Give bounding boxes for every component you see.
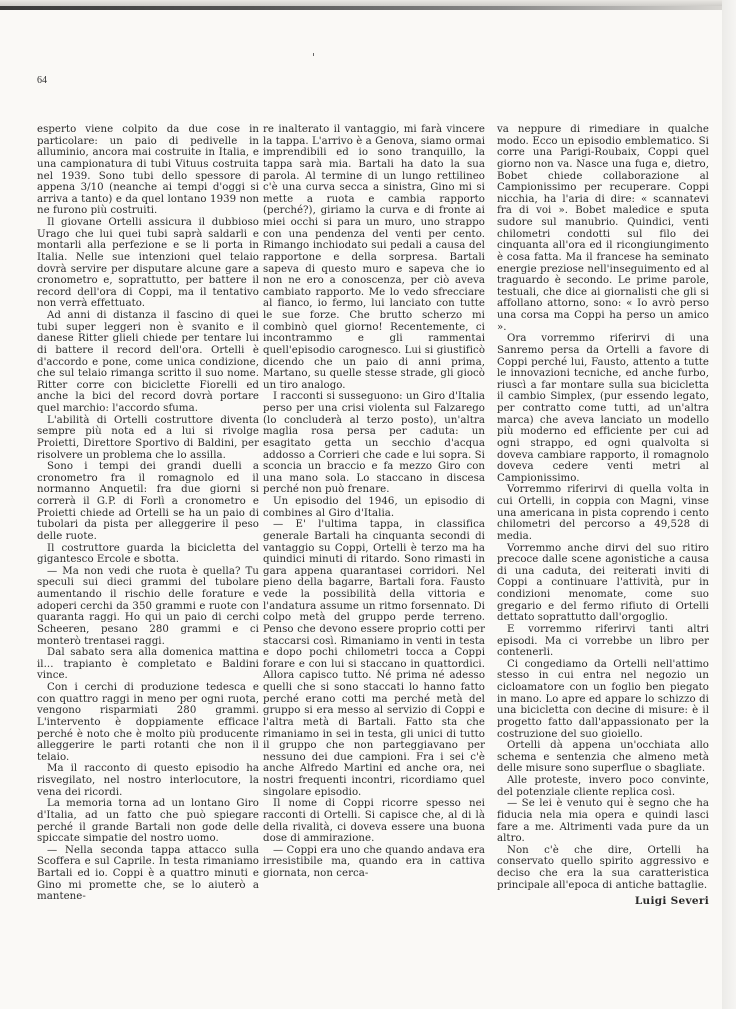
page-number: 64 [37, 75, 47, 86]
paragraph: Il costruttore guarda la bicicletta del … [37, 543, 259, 566]
paragraph: Ortelli dà appena un'occhiata allo schem… [497, 740, 709, 775]
paragraph: L'abilità di Ortelli costruttore diventa… [37, 415, 259, 462]
paragraph: — Se lei è venuto qui è segno che ha fid… [497, 798, 709, 845]
author-signature: Luigi Severi [497, 896, 709, 908]
paragraph: Dal sabato sera alla domenica mattina il… [37, 647, 259, 682]
paragraph: Ora vorremmo riferirvi di una Sanremo pe… [497, 333, 709, 484]
paragraph: — Coppi era uno che quando andava era ir… [263, 845, 485, 880]
paragraph: — Nella seconda tappa attacco sulla Scof… [37, 845, 259, 903]
text-column-1: esperto viene colpito da due cose in par… [37, 124, 259, 903]
paragraph: Il giovane Ortelli assicura il dubbioso … [37, 217, 259, 310]
paragraph: I racconti si susseguono: un Giro d'Ital… [263, 391, 485, 496]
paragraph: Alle proteste, invero poco convinte, del… [497, 775, 709, 798]
paragraph: Il nome di Coppi ricorre spesso nei racc… [263, 798, 485, 845]
scan-shadow-bar [0, 6, 722, 10]
paragraph: Con i cerchi di produzione tedesca e con… [37, 682, 259, 763]
paragraph: E vorremmo riferirvi tanti altri episodi… [497, 624, 709, 659]
paragraph: — E' l'ultima tappa, in classifica gener… [263, 519, 485, 798]
paragraph: re inalterato il vantaggio, mi farà vinc… [263, 124, 485, 391]
paragraph: va neppure di rimediare in qualche modo.… [497, 124, 709, 333]
magazine-page: 64 esperto viene colpito da due cose in … [0, 0, 722, 1009]
paragraph: Un episodio del 1946, un episodio di com… [263, 496, 485, 519]
paragraph: Ma il racconto di questo episodio ha ris… [37, 763, 259, 798]
text-column-2: re inalterato il vantaggio, mi farà vinc… [263, 124, 485, 880]
paragraph: Ad anni di distanza il fascino di quei t… [37, 310, 259, 415]
paragraph: esperto viene colpito da due cose in par… [37, 124, 259, 217]
paragraph: Non c'è che dire, Ortelli ha conservato … [497, 845, 709, 892]
paragraph: La memoria torna ad un lontano Giro d'It… [37, 798, 259, 845]
text-column-3: va neppure di rimediare in qualche modo.… [497, 124, 709, 908]
print-speck [313, 53, 314, 56]
paragraph: Ci congediamo da Ortelli nell'attimo ste… [497, 659, 709, 740]
scan-right-margin [722, 0, 736, 1009]
paragraph: Sono i tempi dei grandi duelli a cronome… [37, 461, 259, 542]
paragraph: Vorremmo riferirvi di quella volta in cu… [497, 484, 709, 542]
paragraph: — Ma non vedi che ruota è quella? Tu spe… [37, 566, 259, 647]
paragraph: Vorremmo anche dirvi del suo ritiro prec… [497, 543, 709, 624]
